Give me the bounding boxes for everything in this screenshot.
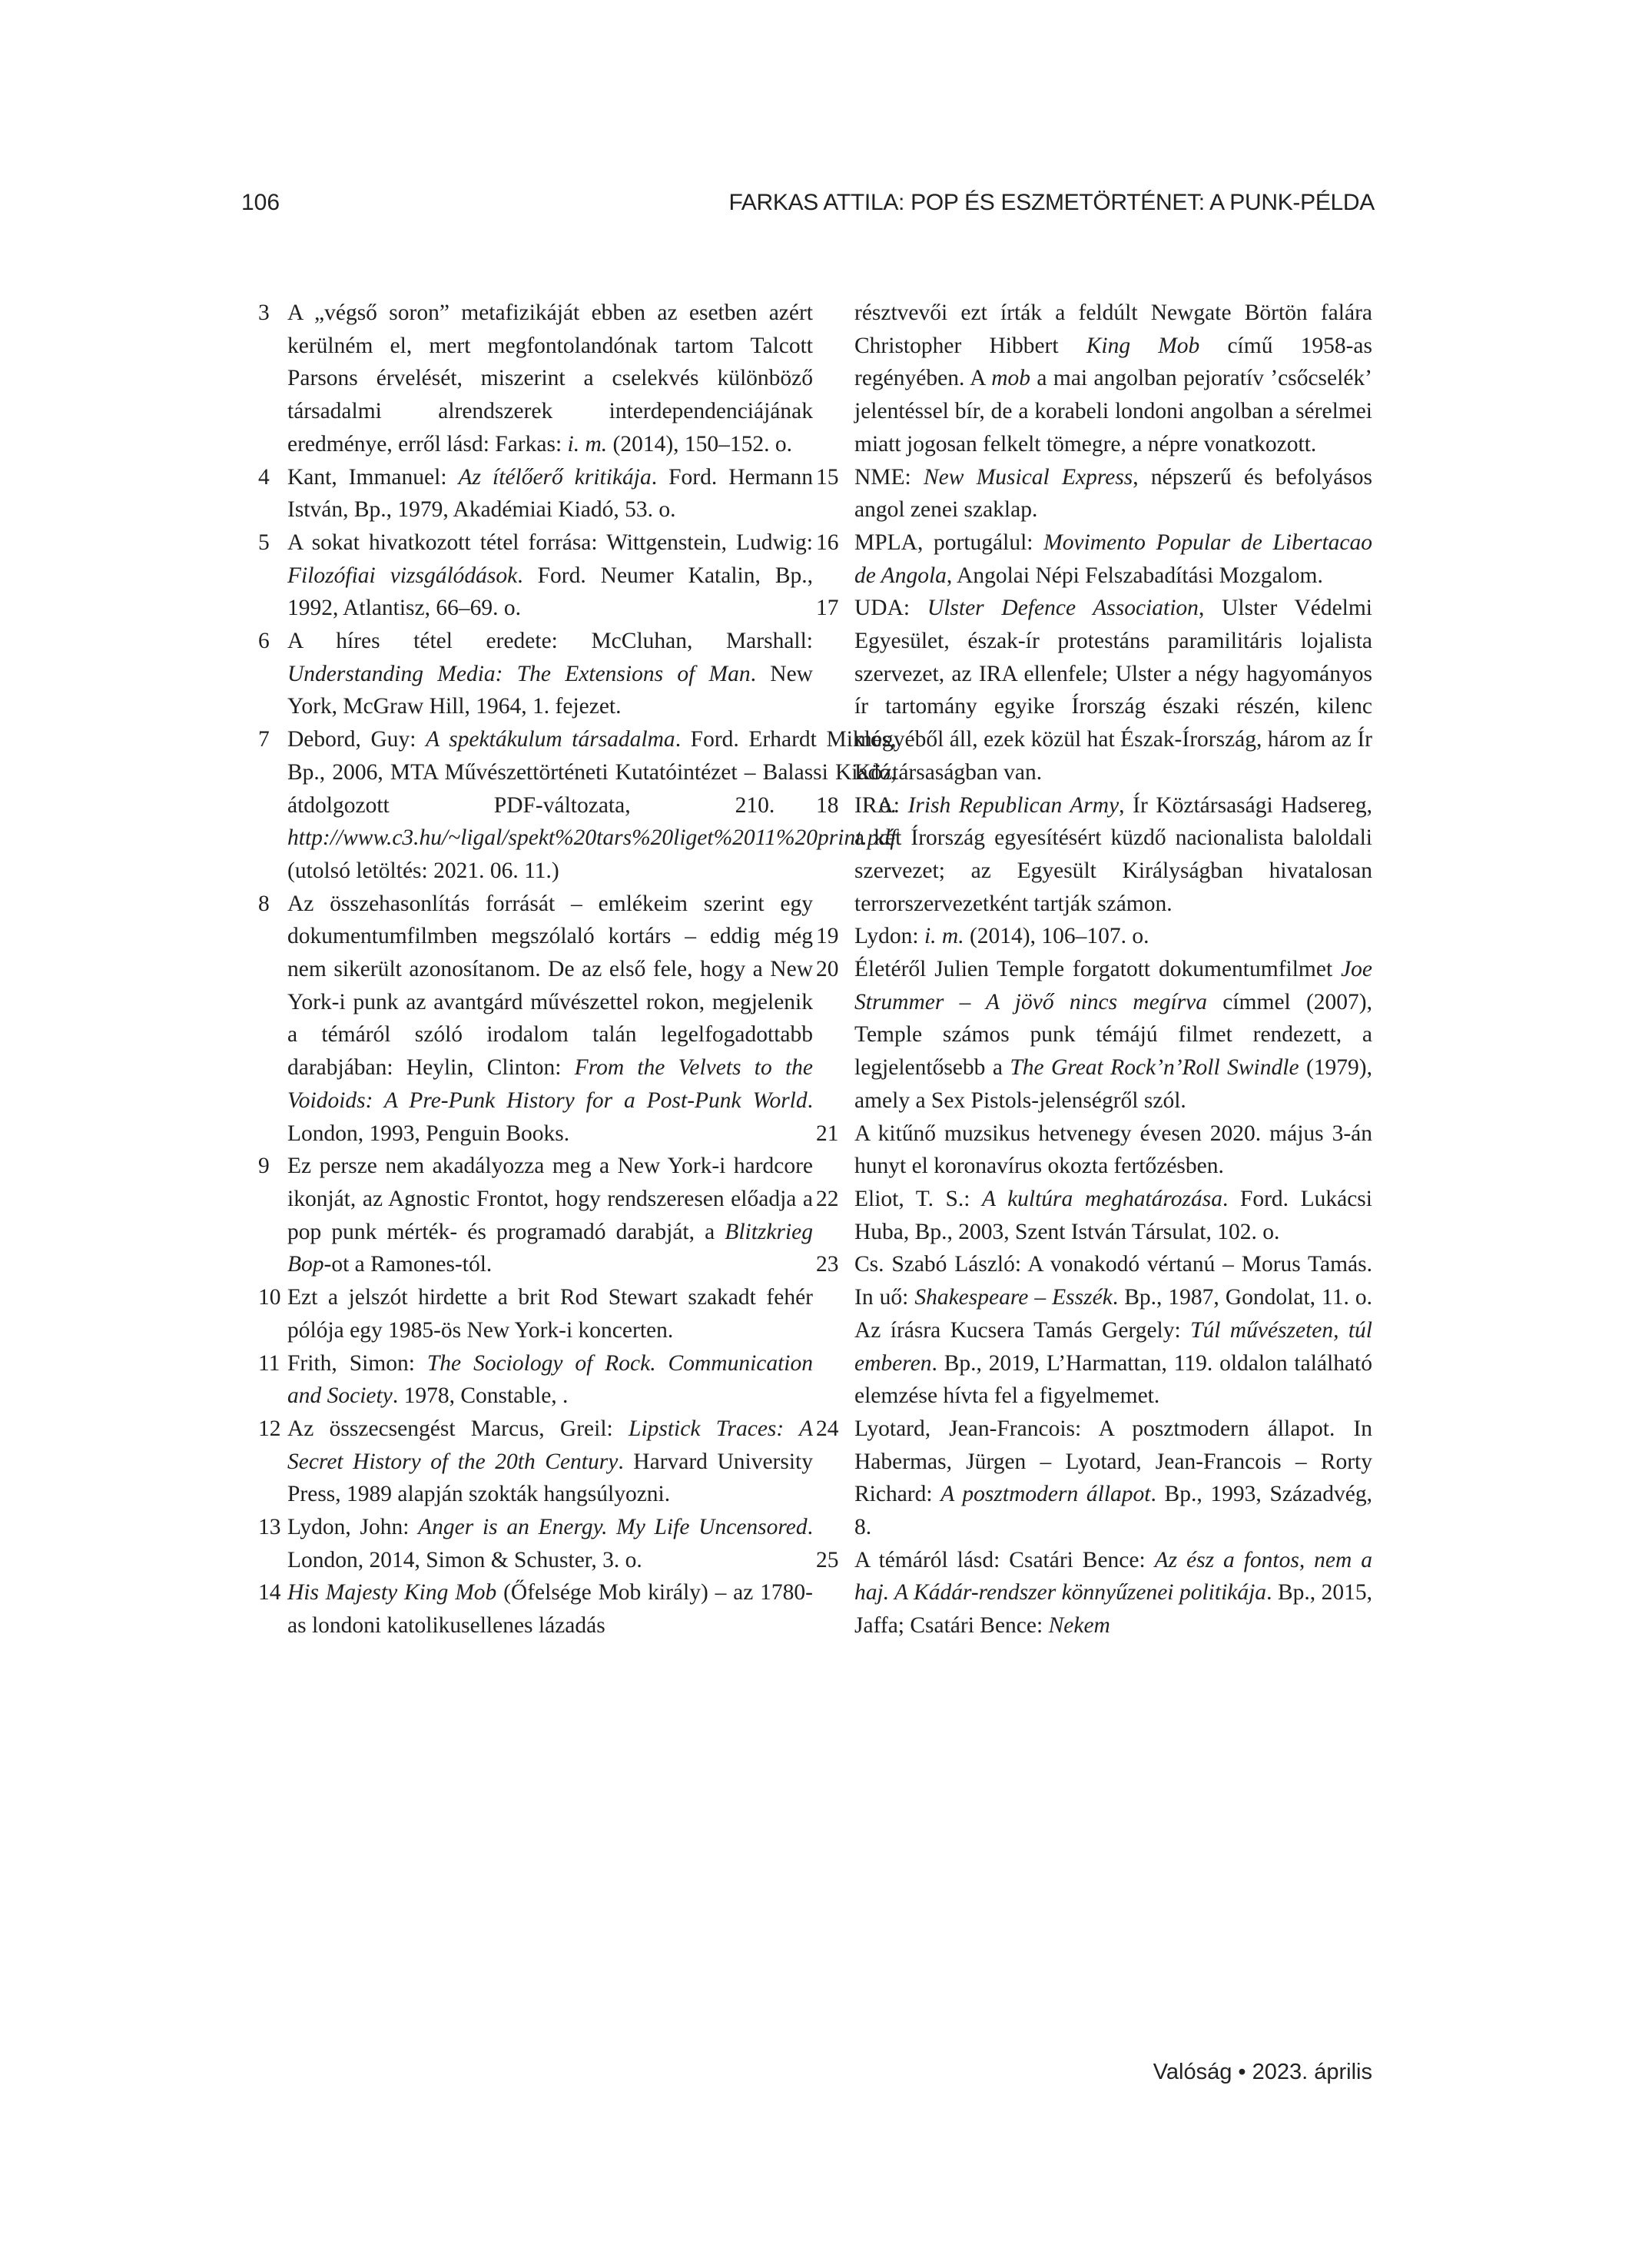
footnote: 24Lyotard, Jean-Francois: A posztmodern … [816, 1413, 1372, 1544]
footnote-number: 9 [250, 1150, 287, 1183]
running-title: FARKAS ATTILA: POP ÉS ESZMETÖRTÉNET: A P… [728, 190, 1375, 216]
footnote: 21A kitűnő muzsikus hetvenegy évesen 202… [816, 1117, 1372, 1183]
italic-title: His Majesty King Mob [287, 1580, 496, 1605]
footnote-text: IRA: Irish Republican Army, Ír Köztársas… [854, 789, 1372, 921]
italic-title: Nekem [1049, 1613, 1110, 1638]
footnote-text: Debord, Guy: A spektákulum társadalma. F… [287, 723, 896, 888]
footnote-text: Lydon, John: Anger is an Energy. My Life… [287, 1511, 813, 1576]
footnote: 6A híres tétel eredete: McCluhan, Marsha… [250, 625, 813, 723]
italic-title: i. m. [568, 432, 608, 457]
footnote-text: Kant, Immanuel: Az ítélőerő kritikája. F… [287, 461, 813, 526]
italic-title: A posztmodern állapot [940, 1482, 1150, 1506]
footnotes-right-column: résztvevői ezt írták a feldúlt Newgate B… [816, 297, 1372, 1642]
footnote-text: Eliot, T. S.: A kultúra meghatározása. F… [854, 1183, 1372, 1248]
footnote-number: 20 [816, 953, 854, 986]
italic-title: Joe Strummer – A jövő nincs megírva [854, 957, 1372, 1014]
footnote-number: 3 [250, 297, 287, 330]
footnote-text: A sokat hivatkozott tétel forrása: Wittg… [287, 526, 813, 625]
footnote-number: 7 [250, 723, 287, 756]
italic-title: Understanding Media: The Extensions of M… [287, 662, 751, 686]
footnote-text: Ezt a jelszót hirdette a brit Rod Stewar… [287, 1281, 813, 1347]
footnote-text: Cs. Szabó László: A vonakodó vértanú – M… [854, 1248, 1372, 1413]
italic-title: Túl művészeten, túl emberen [854, 1318, 1372, 1376]
footnote-text: MPLA, portugálul: Movimento Popular de L… [854, 526, 1372, 592]
italic-title: mob [991, 366, 1030, 390]
footnote-text: NME: New Musical Express, népszerű és be… [854, 461, 1372, 526]
footnote-number: 6 [250, 625, 287, 658]
footnote-number: 5 [250, 526, 287, 560]
footnote-text: Lydon: i. m. (2014), 106–107. o. [854, 920, 1372, 953]
footnote: 23Cs. Szabó László: A vonakodó vértanú –… [816, 1248, 1372, 1413]
footnote-text: UDA: Ulster Defence Association, Ulster … [854, 592, 1372, 789]
footnote-number: 18 [816, 789, 854, 822]
footnote: 25A témáról lásd: Csatári Bence: Az ész … [816, 1544, 1372, 1642]
footnote-number: 23 [816, 1248, 854, 1281]
footnote-text: Lyotard, Jean-Francois: A posztmodern ál… [854, 1413, 1372, 1544]
footnote: 7Debord, Guy: A spektákulum társadalma. … [250, 723, 813, 888]
footnote-text: His Majesty King Mob (Őfelsége Mob királ… [287, 1576, 813, 1642]
footnote: 16MPLA, portugálul: Movimento Popular de… [816, 526, 1372, 592]
footnote-text: A „végső soron” metafizikáját ebben az e… [287, 297, 813, 461]
italic-title: The Great Rock’n’Roll Swindle [1010, 1055, 1299, 1080]
footnote-text: A híres tétel eredete: McCluhan, Marshal… [287, 625, 813, 723]
footnote-number: 10 [250, 1281, 287, 1314]
italic-title: King Mob [1086, 334, 1200, 358]
footnote-number: 19 [816, 920, 854, 953]
footnote-number: 11 [250, 1347, 287, 1380]
italic-title: http://www.c3.hu/~ligal/spekt%20tars%20l… [287, 825, 896, 850]
footnote-number: 16 [816, 526, 854, 560]
italic-title: Blitzkrieg Bop [287, 1220, 813, 1277]
italic-title: From the Velvets to the Voidoids: A Pre-… [287, 1055, 813, 1113]
italic-title: Anger is an Energy. My Life Uncensored [418, 1515, 807, 1539]
footnote-number: 13 [250, 1511, 287, 1544]
footnote: 11Frith, Simon: The Sociology of Rock. C… [250, 1347, 813, 1413]
footnote-text: résztvevői ezt írták a feldúlt Newgate B… [854, 297, 1372, 461]
footnote-text: Az összehasonlítás forrását – emlékeim s… [287, 888, 813, 1151]
italic-title: Irish Republican Army [908, 793, 1120, 818]
footnote-number: 4 [250, 461, 287, 494]
footnote-number: 15 [816, 461, 854, 494]
italic-title: A kultúra meghatározása [982, 1187, 1222, 1211]
footnote-text: A kitűnő muzsikus hetvenegy évesen 2020.… [854, 1117, 1372, 1183]
footnote: 12Az összecsengést Marcus, Greil: Lipsti… [250, 1413, 813, 1511]
footnote: 13Lydon, John: Anger is an Energy. My Li… [250, 1511, 813, 1576]
page-footer: Valóság • 2023. április [1153, 2060, 1372, 2085]
italic-title: Lipstick Traces: A Secret History of the… [287, 1416, 813, 1474]
footnote: 19Lydon: i. m. (2014), 106–107. o. [816, 920, 1372, 953]
footnote: 17UDA: Ulster Defence Association, Ulste… [816, 592, 1372, 789]
footnote-text: Életéről Julien Temple forgatott dokumen… [854, 953, 1372, 1117]
footnote-number: 17 [816, 592, 854, 625]
footnote-text: Ez persze nem akadályozza meg a New York… [287, 1150, 813, 1281]
footnote: 22Eliot, T. S.: A kultúra meghatározása.… [816, 1183, 1372, 1248]
footnote: 18IRA: Irish Republican Army, Ír Köztárs… [816, 789, 1372, 921]
italic-title: Ulster Defence Association [927, 596, 1199, 620]
italic-title: Movimento Popular de Libertacao de Angol… [854, 530, 1372, 588]
footnote-continuation: résztvevői ezt írták a feldúlt Newgate B… [816, 297, 1372, 461]
footnote-text: A témáról lásd: Csatári Bence: Az ész a … [854, 1544, 1372, 1642]
footnote: 4Kant, Immanuel: Az ítélőerő kritikája. … [250, 461, 813, 526]
footnote: 9Ez persze nem akadályozza meg a New Yor… [250, 1150, 813, 1281]
page-number: 106 [241, 190, 280, 216]
footnote-number: 14 [250, 1576, 287, 1609]
italic-title: New Musical Express [924, 465, 1133, 490]
italic-title: i. m. [924, 924, 964, 948]
italic-title: Az ítélőerő kritikája [459, 465, 652, 490]
footnote-text: Frith, Simon: The Sociology of Rock. Com… [287, 1347, 813, 1413]
footnotes-left-column: 3A „végső soron” metafizikáját ebben az … [250, 297, 813, 1642]
footnote: 14His Majesty King Mob (Őfelsége Mob kir… [250, 1576, 813, 1642]
footnote: 15NME: New Musical Express, népszerű és … [816, 461, 1372, 526]
footnote-number: 8 [250, 888, 287, 921]
footnote: 20Életéről Julien Temple forgatott dokum… [816, 953, 1372, 1117]
italic-title: A spektákulum társadalma [426, 727, 675, 752]
italic-title: The Sociology of Rock. Communication and… [287, 1351, 813, 1409]
footnote-text: Az összecsengést Marcus, Greil: Lipstick… [287, 1413, 813, 1511]
italic-title: Az ész a fontos, nem a haj. A Kádár-rend… [854, 1548, 1372, 1606]
footnote: 5A sokat hivatkozott tétel forrása: Witt… [250, 526, 813, 625]
footnote: 3A „végső soron” metafizikáját ebben az … [250, 297, 813, 461]
footnote: 10Ezt a jelszót hirdette a brit Rod Stew… [250, 1281, 813, 1347]
footnote-number: 24 [816, 1413, 854, 1446]
italic-title: Shakespeare – Esszék [914, 1285, 1112, 1310]
footnote-number: 25 [816, 1544, 854, 1577]
footnote-number: 12 [250, 1413, 287, 1446]
italic-title: Filozófiai vizsgálódások [287, 563, 517, 588]
running-head: 106 FARKAS ATTILA: POP ÉS ESZMETÖRTÉNET:… [241, 190, 1375, 221]
footnote-number: 22 [816, 1183, 854, 1216]
footnote: 8Az összehasonlítás forrását – emlékeim … [250, 888, 813, 1151]
footnote-number: 21 [816, 1117, 854, 1151]
